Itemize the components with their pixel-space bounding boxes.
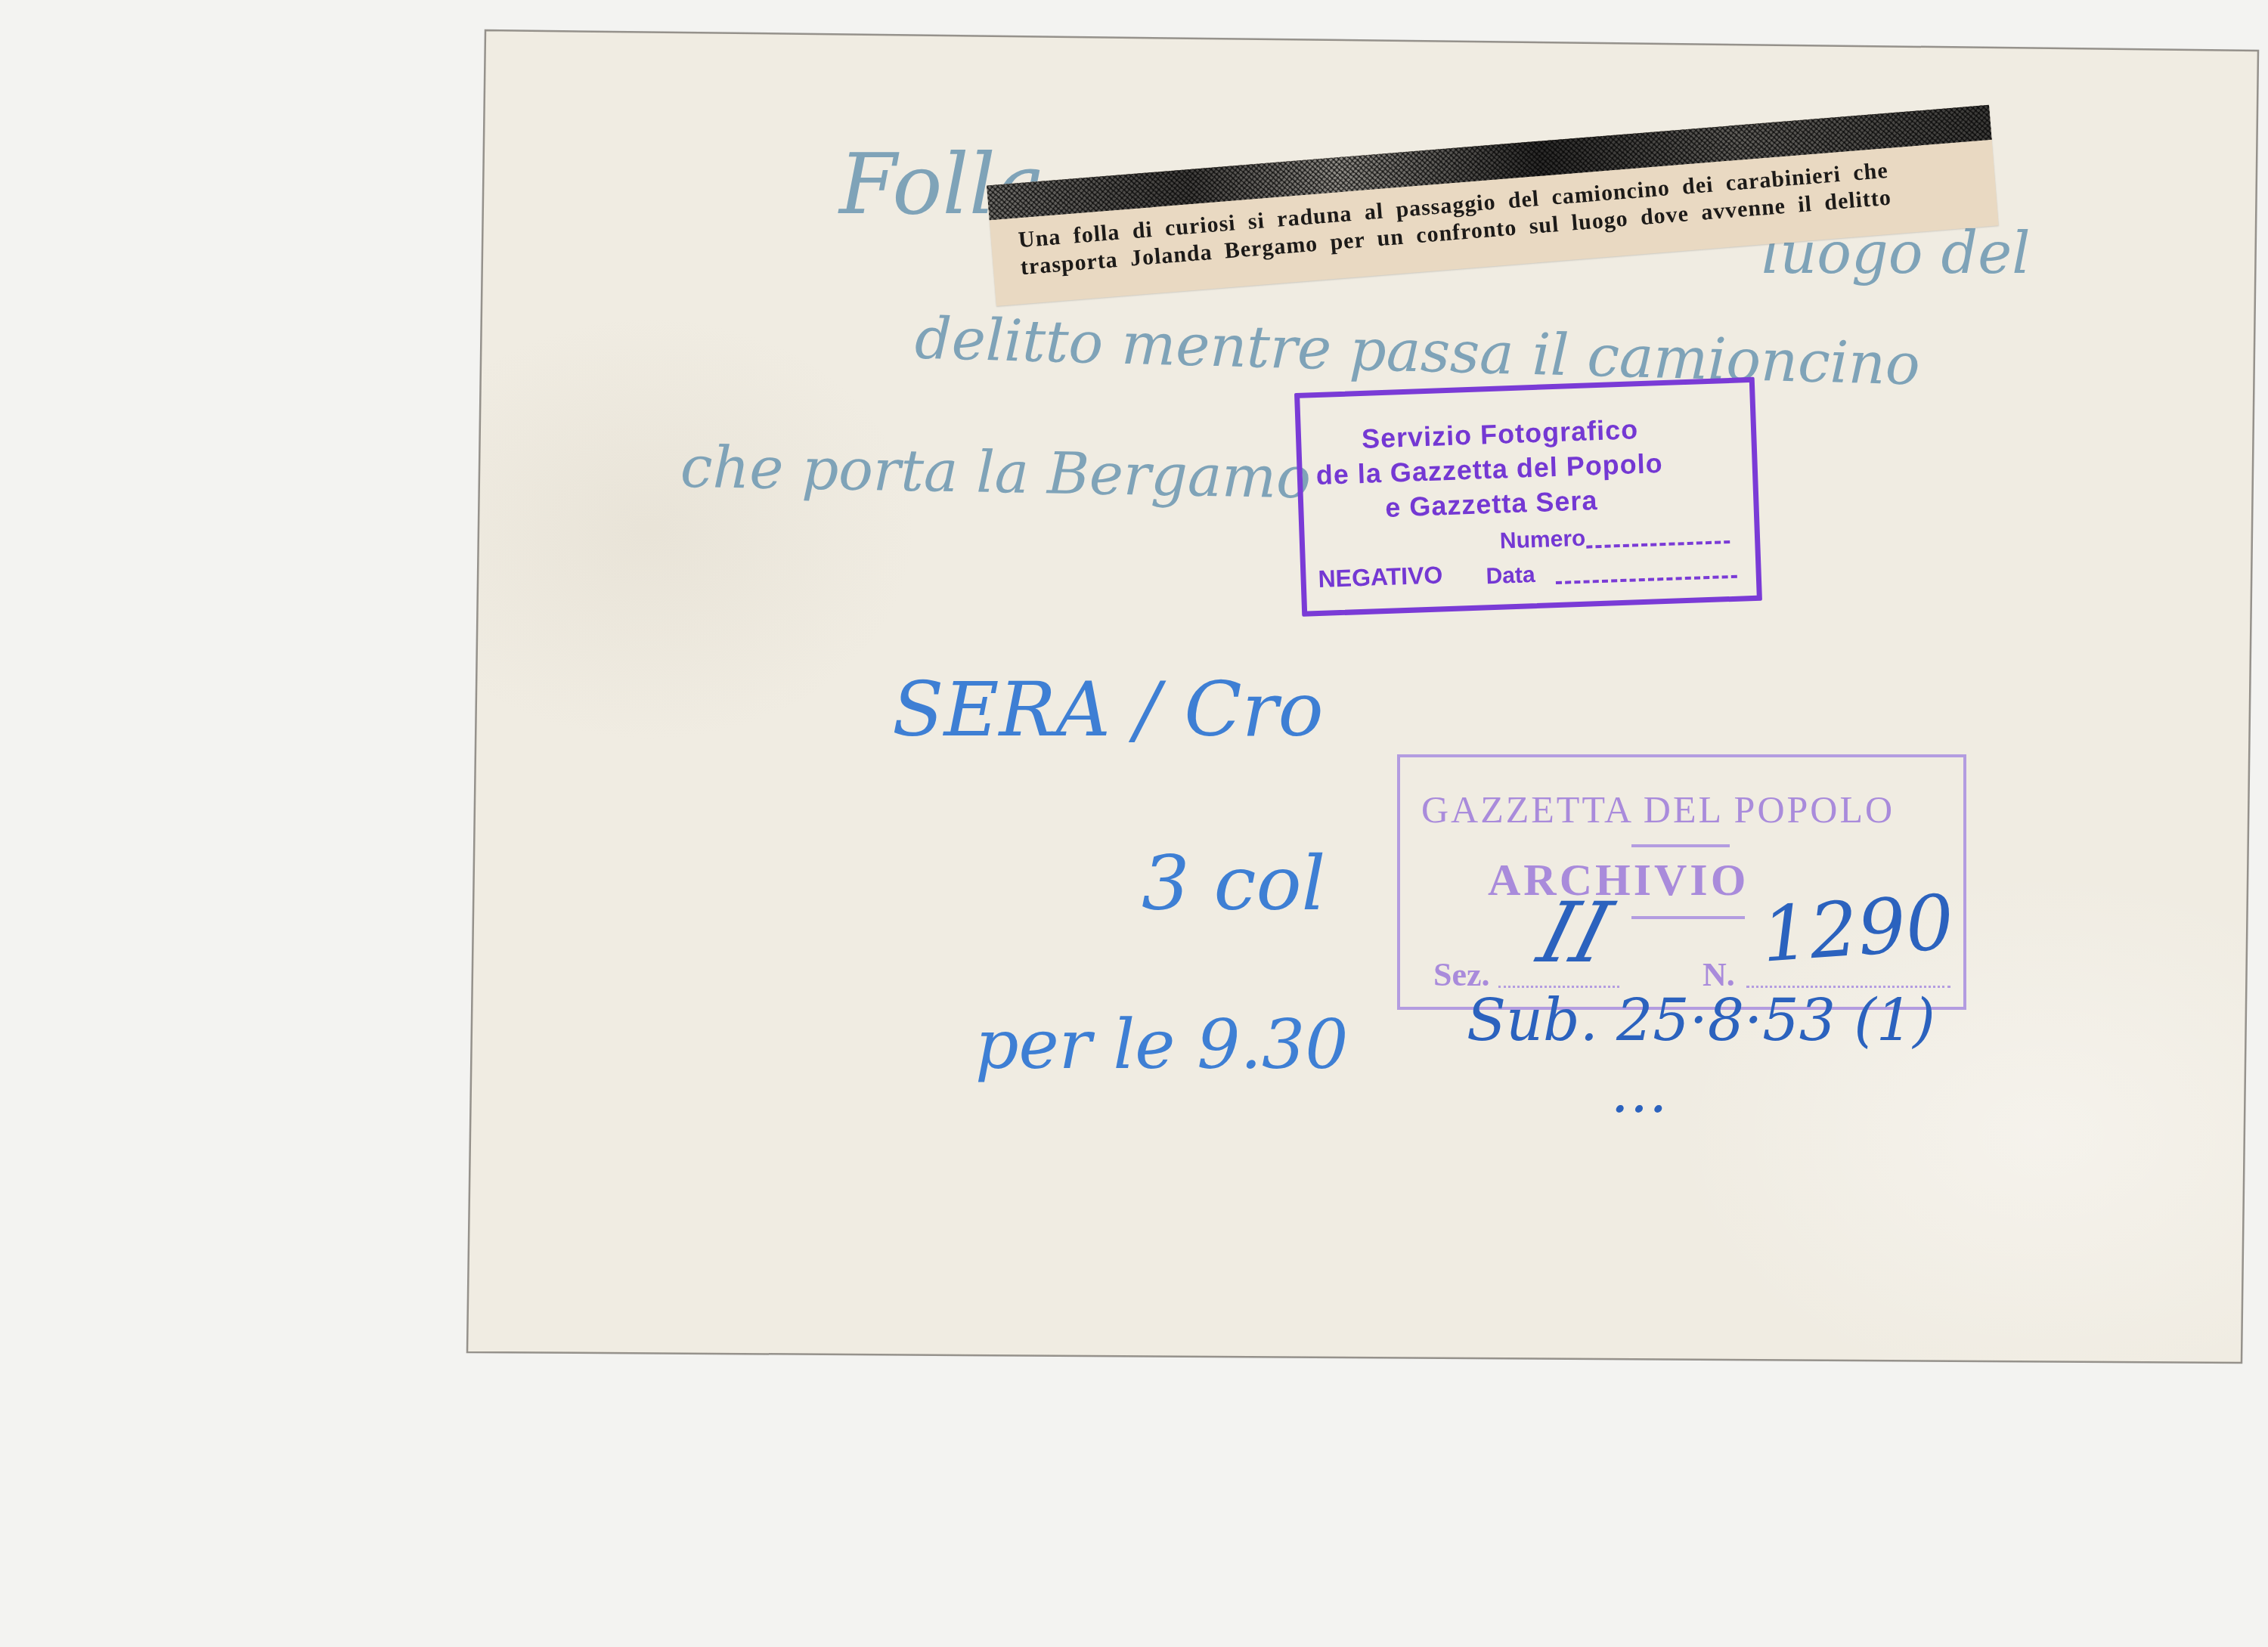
- stamp1-negativo-label: NEGATIVO: [1318, 561, 1443, 593]
- stamp1-numero-label: Numero: [1499, 526, 1585, 555]
- stamp1-numero-line: [1586, 540, 1730, 549]
- stamp1-data-label: Data: [1486, 562, 1535, 590]
- note-edition: SERA / Cro: [892, 665, 1324, 754]
- stamp2-subtitle: ARCHIVIO: [1488, 854, 1749, 906]
- note-time: per le 9.30: [975, 1005, 1349, 1085]
- stamp2-rule-bottom: [1631, 916, 1745, 919]
- stamp1-data-line: [1556, 575, 1737, 584]
- stamp2-rule-top: [1631, 844, 1730, 847]
- note-date-line: Sub. 25·8·53 (1): [1467, 986, 1935, 1054]
- stamp1-line3: e Gazzetta Sera: [1385, 485, 1598, 524]
- note-date-line2: …: [1610, 1058, 1668, 1125]
- stamp1-line1: Servizio Fotografico: [1361, 413, 1638, 455]
- stamp-servizio-fotografico: Servizio Fotografico de la Gazzetta del …: [1294, 377, 1762, 617]
- note-n-value: 1290: [1758, 878, 1957, 979]
- stamp2-title: GAZZETTA DEL POPOLO: [1421, 788, 1895, 831]
- note-columns: 3 col: [1142, 839, 1326, 927]
- note-che-porta: che porta la Bergamo: [680, 433, 1312, 512]
